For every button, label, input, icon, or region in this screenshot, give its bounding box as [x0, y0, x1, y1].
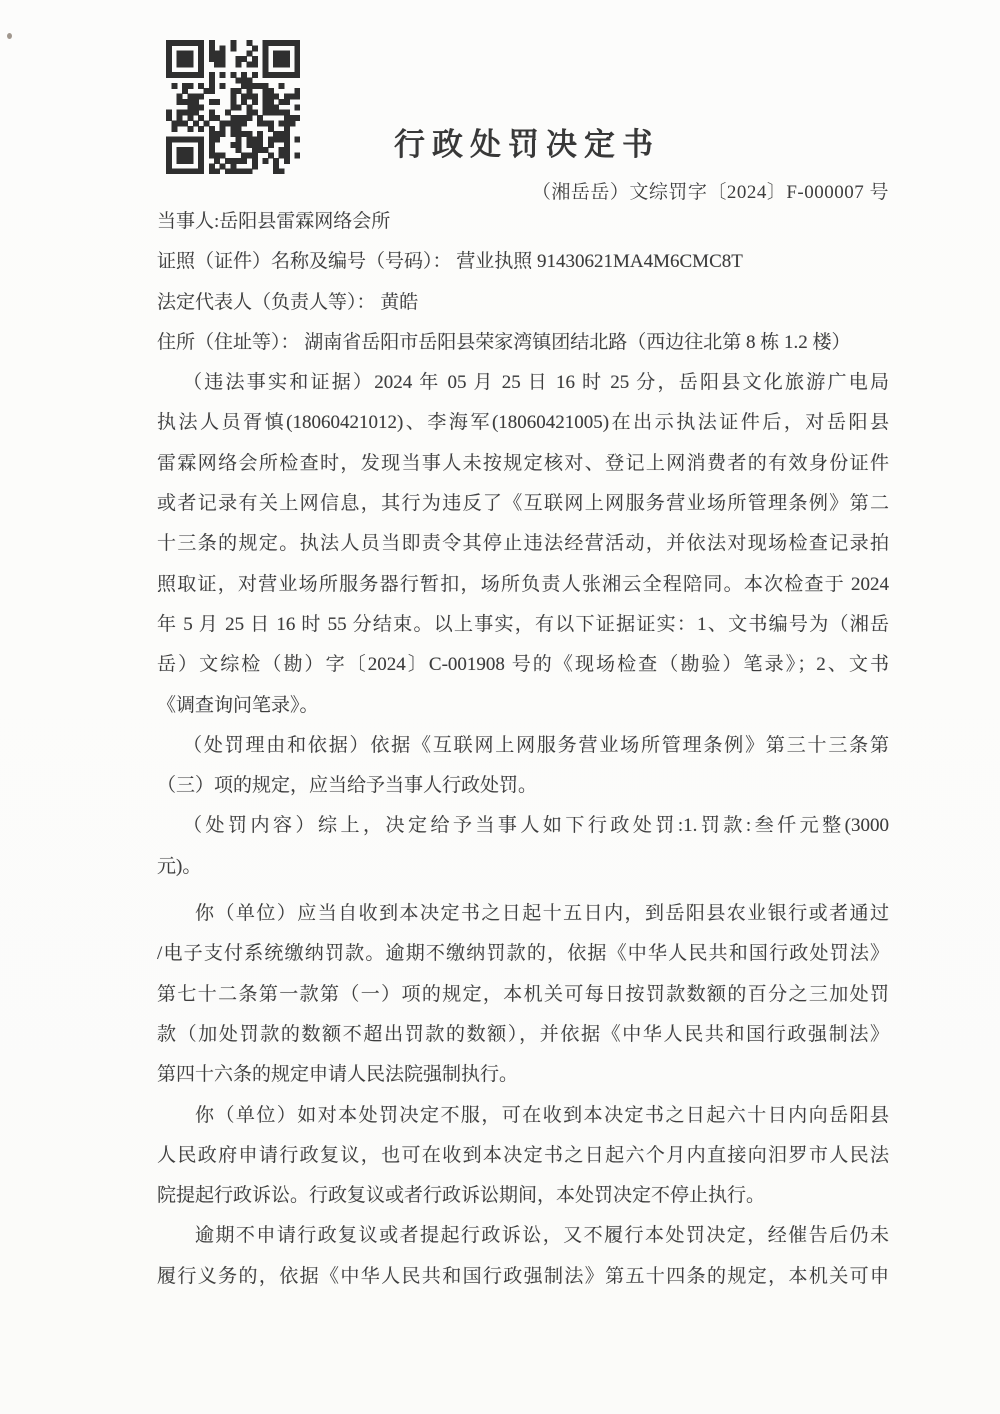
text-line: 人民政府申请行政复议，也可在收到本决定书之日起六个月内直接向汨罗市人民法	[157, 1136, 889, 1176]
document-page: 行政处罚决定书 （湘岳岳）文综罚字〔2024〕F-000007 号 当事人:岳阳…	[0, 0, 1000, 1414]
text-line: （违法事实和证据）2024 年 05 月 25 日 16 时 25 分，岳阳县文…	[157, 363, 889, 403]
text-line: 或者记录有关上网信息，其行为违反了《互联网上网服务营业场所管理条例》第二	[157, 484, 889, 524]
field-line: 当事人:岳阳县雷霖网络会所	[157, 202, 889, 242]
field-line: 证照（证件）名称及编号（号码）： 营业执照 91430621MA4M6CMC8T	[157, 242, 889, 282]
field-line: 住所（住址等）： 湖南省岳阳市岳阳县荣家湾镇团结北路（西边往北第 8 栋 1.2…	[157, 323, 889, 363]
text-line: （三）项的规定，应当给予当事人行政处罚。	[157, 766, 889, 806]
text-line: 第四十六条的规定申请人民法院强制执行。	[157, 1055, 889, 1095]
document-title: 行政处罚决定书	[157, 127, 897, 163]
text-line: 雷霖网络会所检查时，发现当事人未按规定核对、登记上网消费者的有效身份证件	[157, 444, 889, 484]
text-line: /电子支付系统缴纳罚款。逾期不缴纳罚款的，依据《中华人民共和国行政处罚法》	[157, 934, 889, 974]
field-line: 法定代表人（负责人等）： 黄皓	[157, 283, 889, 323]
text-line: 履行义务的，依据《中华人民共和国行政强制法》第五十四条的规定，本机关可申	[157, 1257, 889, 1297]
text-line: 《调查询问笔录》。	[157, 686, 889, 726]
paragraph: （违法事实和证据）2024 年 05 月 25 日 16 时 25 分，岳阳县文…	[157, 363, 889, 726]
text-line: 你（单位）应当自收到本决定书之日起十五日内，到岳阳县农业银行或者通过	[157, 894, 889, 934]
text-line: （处罚理由和依据）依据《互联网上网服务营业场所管理条例》第三十三条第	[157, 726, 889, 766]
text-line: （处罚内容）综上，决定给予当事人如下行政处罚:1.罚款:叁仟元整(3000	[157, 806, 889, 846]
text-line: 照取证，对营业场所服务器行暂扣，场所负责人张湘云全程陪同。本次检查于 2024	[157, 565, 889, 605]
paragraph: （处罚理由和依据）依据《互联网上网服务营业场所管理条例》第三十三条第（三）项的规…	[157, 726, 889, 807]
text-line: 你（单位）如对本处罚决定不服，可在收到本决定书之日起六十日内向岳阳县	[157, 1096, 889, 1136]
paragraph: 你（单位）如对本处罚决定不服，可在收到本决定书之日起六十日内向岳阳县人民政府申请…	[157, 1096, 889, 1217]
text-line: 款（加处罚款的数额不超出罚款的数额），并依据《中华人民共和国行政强制法》	[157, 1015, 889, 1055]
text-line: 执法人员胥慎(18060421012)、李海军(18060421005)在出示执…	[157, 403, 889, 443]
paragraph: 逾期不申请行政复议或者提起行政诉讼，又不履行本处罚决定，经催告后仍未履行义务的，…	[157, 1216, 889, 1297]
paragraph: 你（单位）应当自收到本决定书之日起十五日内，到岳阳县农业银行或者通过/电子支付系…	[157, 894, 889, 1095]
text-line: 第七十二条第一款第（一）项的规定，本机关可每日按罚款数额的百分之三加处罚	[157, 975, 889, 1015]
party-info-fields: 当事人:岳阳县雷霖网络会所证照（证件）名称及编号（号码）： 营业执照 91430…	[157, 202, 889, 363]
text-line: 元)。	[157, 847, 889, 887]
text-line: 岳）文综检（勘）字〔2024〕C-001908 号的《现场检查（勘验）笔录》；2…	[157, 645, 889, 685]
text-line: 年 5 月 25 日 16 时 55 分结束。以上事实，有以下证据证实：1、文书…	[157, 605, 889, 645]
document-content: 当事人:岳阳县雷霖网络会所证照（证件）名称及编号（号码）： 营业执照 91430…	[157, 202, 889, 1297]
text-line: 十三条的规定。执法人员当即责令其停止违法经营活动，并依法对现场检查记录拍	[157, 524, 889, 564]
scan-artifact	[7, 33, 12, 39]
document-body: （违法事实和证据）2024 年 05 月 25 日 16 时 25 分，岳阳县文…	[157, 363, 889, 1297]
text-line: 逾期不申请行政复议或者提起行政诉讼，又不履行本处罚决定，经催告后仍未	[157, 1216, 889, 1256]
paragraph: （处罚内容）综上，决定给予当事人如下行政处罚:1.罚款:叁仟元整(3000元)。	[157, 806, 889, 887]
text-line: 院提起行政诉讼。行政复议或者行政诉讼期间，本处罚决定不停止执行。	[157, 1176, 889, 1216]
